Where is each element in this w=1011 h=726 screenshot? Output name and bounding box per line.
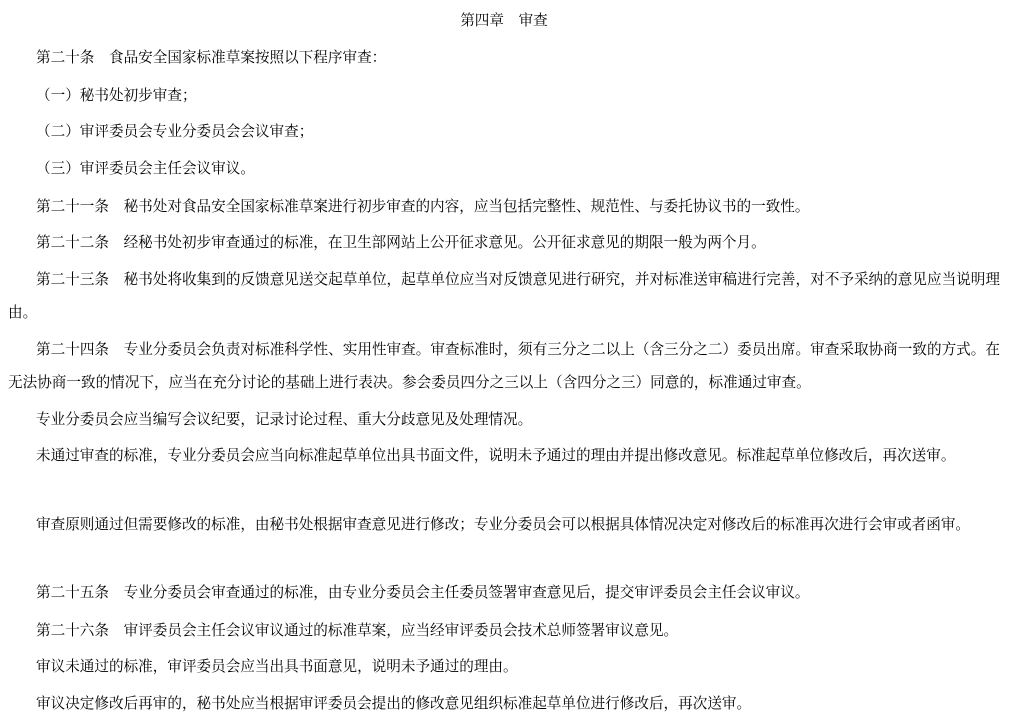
article-26: 第二十六条 审评委员会主任会议审议通过的标准草案，应当经审评委员会技术总师签署审… [8, 614, 1000, 647]
article-21: 第二十一条 秘书处对食品安全国家标准草案进行初步审查的内容，应当包括完整性、规范… [8, 190, 1000, 223]
article-23: 第二十三条 秘书处将收集到的反馈意见送交起草单位，起草单位应当对反馈意见进行研究… [8, 263, 1000, 329]
list-item-1: （一）秘书处初步审查； [8, 79, 1000, 112]
paragraph-resubmit: 审议决定修改后再审的，秘书处应当根据审评委员会提出的修改意见组织标准起草单位进行… [8, 687, 1000, 720]
paragraph-meeting-minutes: 专业分委员会应当编写会议纪要，记录讨论过程、重大分歧意见及处理情况。 [8, 403, 1000, 436]
article-24: 第二十四条 专业分委员会负责对标准科学性、实用性审查。审查标准时，须有三分之二以… [8, 333, 1000, 399]
article-25: 第二十五条 专业分委员会审查通过的标准，由专业分委员会主任委员签署审查意见后，提… [8, 576, 1000, 609]
paragraph-not-passed: 未通过审查的标准，专业分委员会应当向标准起草单位出具书面文件，说明未予通过的理由… [8, 439, 1000, 472]
article-22: 第二十二条 经秘书处初步审查通过的标准，在卫生部网站上公开征求意见。公开征求意见… [8, 226, 1000, 259]
paragraph-revision: 审查原则通过但需要修改的标准，由秘书处根据审查意见进行修改；专业分委员会可以根据… [8, 508, 1000, 541]
article-20: 第二十条 食品安全国家标准草案按照以下程序审查： [8, 41, 1000, 74]
chapter-title: 第四章 审查 [8, 11, 1000, 31]
list-item-3: （三）审评委员会主任会议审议。 [8, 152, 1000, 185]
list-item-2: （二）审评委员会专业分委员会会议审查； [8, 115, 1000, 148]
paragraph-review-failed: 审议未通过的标准，审评委员会应当出具书面意见，说明未予通过的理由。 [8, 650, 1000, 683]
